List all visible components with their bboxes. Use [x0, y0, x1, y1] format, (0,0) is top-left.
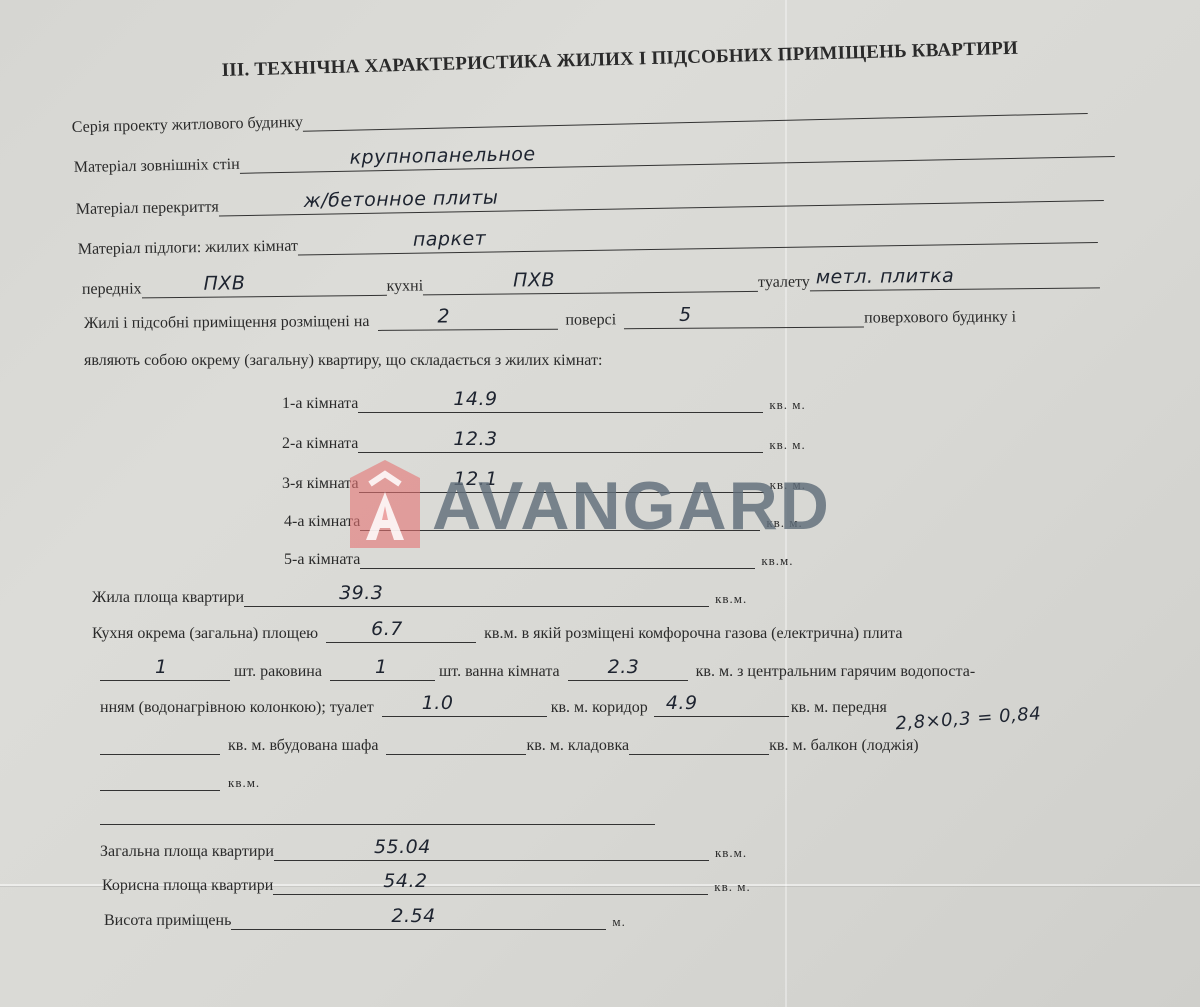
room-label: 3-я кімната — [282, 475, 359, 493]
total-floors-field: 5 — [624, 309, 864, 330]
sink-count-field: 1 — [330, 662, 435, 681]
floor-other-row: передніх ПХВ кухні ПХВ туалету метл. пли… — [82, 269, 1100, 299]
room-unit: кв. м. — [769, 397, 805, 413]
composition-row: являють собою окрему (загальну) квартиру… — [84, 352, 602, 370]
wardrobe-area-field — [386, 736, 526, 755]
floor-slab-label: Матеріал перекриття — [76, 199, 219, 219]
living-area-value: 39.3 — [339, 582, 383, 604]
room-label: 4-а кімната — [284, 513, 360, 531]
living-area-unit: кв.м. — [715, 591, 747, 607]
floor-hall-value: ПХВ — [203, 272, 245, 294]
living-area-row: Жила площа квартири 39.3 кв.м. — [92, 588, 747, 607]
room-row: 2-а кімната 12.3 кв. м. — [282, 434, 806, 453]
room-row: 1-а кімната 14.9 кв. м. — [282, 394, 806, 413]
living-area-label: Жила площа квартири — [92, 589, 244, 607]
bath-suffix: кв. м. з центральним гарячим водопоста- — [696, 663, 976, 681]
corridor-area-field: 4.9 — [654, 698, 789, 717]
project-series-row: Серія проекту житлового будинку — [72, 95, 1088, 137]
ceiling-height-value: 2.54 — [391, 905, 435, 927]
room-field — [360, 550, 755, 569]
kitchen-label: Кухня окрема (загальна) площею — [92, 625, 318, 643]
bathroom-area-value: 2.3 — [608, 656, 640, 678]
useful-area-row: Корисна площа квартири 54.2 кв. м. — [102, 876, 751, 895]
balcony-calc-note: 2,8×0,3 = 0,84 — [895, 703, 1061, 1007]
useful-area-field: 54.2 — [273, 876, 708, 895]
floor-toilet-field: метл. плитка — [810, 269, 1100, 291]
location-row: Жилі і підсобні приміщення розміщені на … — [84, 307, 1016, 333]
toilet-area-field: 1.0 — [382, 698, 547, 717]
floor-rooms-label: Матеріал підлоги: жилих кімнат — [78, 238, 298, 259]
toilet-area-value: 1.0 — [422, 692, 454, 714]
kitchen-suffix: кв.м. в якій розміщені комфорочна газова… — [484, 625, 902, 643]
room-field — [360, 512, 760, 531]
total-area-label: Загальна площа квартири — [100, 843, 274, 861]
floor-toilet-value: метл. плитка — [816, 265, 955, 288]
floor-slab-row: Матеріал перекриття ж/бетонное плиты — [76, 182, 1104, 219]
room-value: 12.1 — [454, 468, 498, 490]
wall-material-label: Матеріал зовнішніх стін — [74, 156, 240, 177]
room-unit: кв. м. — [766, 515, 802, 531]
useful-area-value: 54.2 — [383, 870, 427, 892]
floor-word: поверсі — [565, 311, 616, 329]
hall-label: кв. м. передня — [791, 699, 887, 717]
stove-count-value: 1 — [155, 656, 168, 678]
wall-material-row: Матеріал зовнішніх стін крупнопанельное — [74, 138, 1115, 177]
storage-area-field — [629, 736, 769, 755]
pcs-sink-label: шт. раковина — [234, 663, 322, 681]
floor-kitchen-label: кухні — [386, 277, 423, 295]
room-unit: кв. м. — [769, 437, 805, 453]
stove-count-field: 1 — [100, 662, 230, 681]
room-field: 12.3 — [358, 434, 763, 453]
project-series-label: Серія проекту житлового будинку — [72, 114, 303, 137]
hall-area-field — [100, 736, 220, 755]
location-prefix: Жилі і підсобні приміщення розміщені на — [84, 313, 370, 333]
total-area-unit: кв.м. — [715, 845, 747, 861]
kitchen-row: Кухня окрема (загальна) площею 6.7 кв.м.… — [92, 624, 902, 643]
sink-count-value: 1 — [375, 656, 388, 678]
balcony-row: кв.м. — [100, 772, 260, 791]
composition-text: являють собою окрему (загальну) квартиру… — [84, 352, 602, 370]
corridor-area-value: 4.9 — [666, 692, 698, 714]
floor-rooms-field: паркет — [298, 224, 1098, 256]
water-text: нням (водонагрівною колонкою); туалет — [100, 699, 374, 717]
floor-toilet-label: туалету — [758, 273, 810, 292]
room-value: 14.9 — [453, 388, 497, 410]
total-area-row: Загальна площа квартири 55.04 кв.м. — [100, 842, 747, 861]
project-series-field — [303, 95, 1088, 132]
kitchen-area-field: 6.7 — [326, 624, 476, 643]
floor-hall-label: передніх — [82, 280, 142, 299]
room-value: 12.3 — [453, 428, 497, 450]
fixtures-row: 1 шт. раковина 1 шт. ванна кімната 2.3 к… — [100, 662, 975, 681]
balcony-unit: кв.м. — [228, 775, 260, 791]
separator-line-row — [100, 806, 655, 825]
room-unit: кв.м. — [761, 553, 793, 569]
wall-material-value: крупнопанельное — [349, 143, 535, 169]
building-suffix: поверхового будинку і — [864, 308, 1016, 327]
balcony-label: кв. м. балкон (лоджія) — [769, 737, 919, 755]
room-unit: кв. м. — [770, 477, 806, 493]
separator-line — [100, 806, 655, 825]
floor-slab-value: ж/бетонное плиты — [303, 187, 498, 212]
ceiling-height-field: 2.54 — [231, 911, 606, 930]
room-row: 5-а кімната кв.м. — [284, 550, 794, 569]
total-area-value: 55.04 — [374, 836, 431, 858]
bathroom-area-field: 2.3 — [568, 662, 688, 681]
floor-rooms-row: Матеріал підлоги: жилих кімнат паркет — [78, 224, 1098, 259]
floor-kitchen-field: ПХВ — [423, 273, 758, 296]
living-area-field: 39.3 — [244, 588, 709, 607]
total-area-field: 55.04 — [274, 842, 709, 861]
useful-area-label: Корисна площа квартири — [102, 877, 273, 895]
room-label: 2-а кімната — [282, 435, 358, 453]
useful-area-unit: кв. м. — [714, 879, 750, 895]
ceiling-height-row: Висота приміщень 2.54 м. — [104, 911, 626, 930]
toilet-corridor-row: нням (водонагрівною колонкою); туалет 1.… — [100, 698, 887, 717]
room-label: 5-а кімната — [284, 551, 360, 569]
storage-row: кв. м. вбудована шафа кв. м. кладовка кв… — [100, 736, 919, 755]
room-field: 14.9 — [358, 394, 763, 413]
room-field: 12.1 — [359, 474, 764, 493]
storage-label: кв. м. кладовка — [526, 737, 629, 755]
floor-rooms-value: паркет — [413, 228, 487, 251]
room-row: 3-я кімната 12.1 кв. м. — [282, 474, 806, 493]
wall-material-field: крупнопанельное — [240, 138, 1115, 174]
room-label: 1-а кімната — [282, 395, 358, 413]
document-title: ІІІ. ТЕХНІЧНА ХАРАКТЕРИСТИКА ЖИЛИХ І ПІД… — [221, 38, 1018, 82]
floor-number-field: 2 — [377, 311, 557, 331]
corridor-label: кв. м. коридор — [551, 699, 648, 717]
pcs-bath-label: шт. ванна кімната — [439, 663, 560, 681]
room-row: 4-а кімната кв. м. — [284, 512, 803, 531]
wardrobe-label: кв. м. вбудована шафа — [228, 737, 378, 755]
floor-hall-field: ПХВ — [142, 277, 387, 299]
balcony-area-field — [100, 772, 220, 791]
floor-kitchen-value: ПХВ — [513, 269, 555, 291]
floor-number-value: 2 — [437, 305, 450, 327]
ceiling-height-unit: м. — [612, 914, 625, 930]
total-floors-value: 5 — [679, 304, 692, 326]
ceiling-height-label: Висота приміщень — [104, 912, 231, 930]
kitchen-area-value: 6.7 — [371, 618, 403, 640]
floor-slab-field: ж/бетонное плиты — [219, 182, 1104, 216]
